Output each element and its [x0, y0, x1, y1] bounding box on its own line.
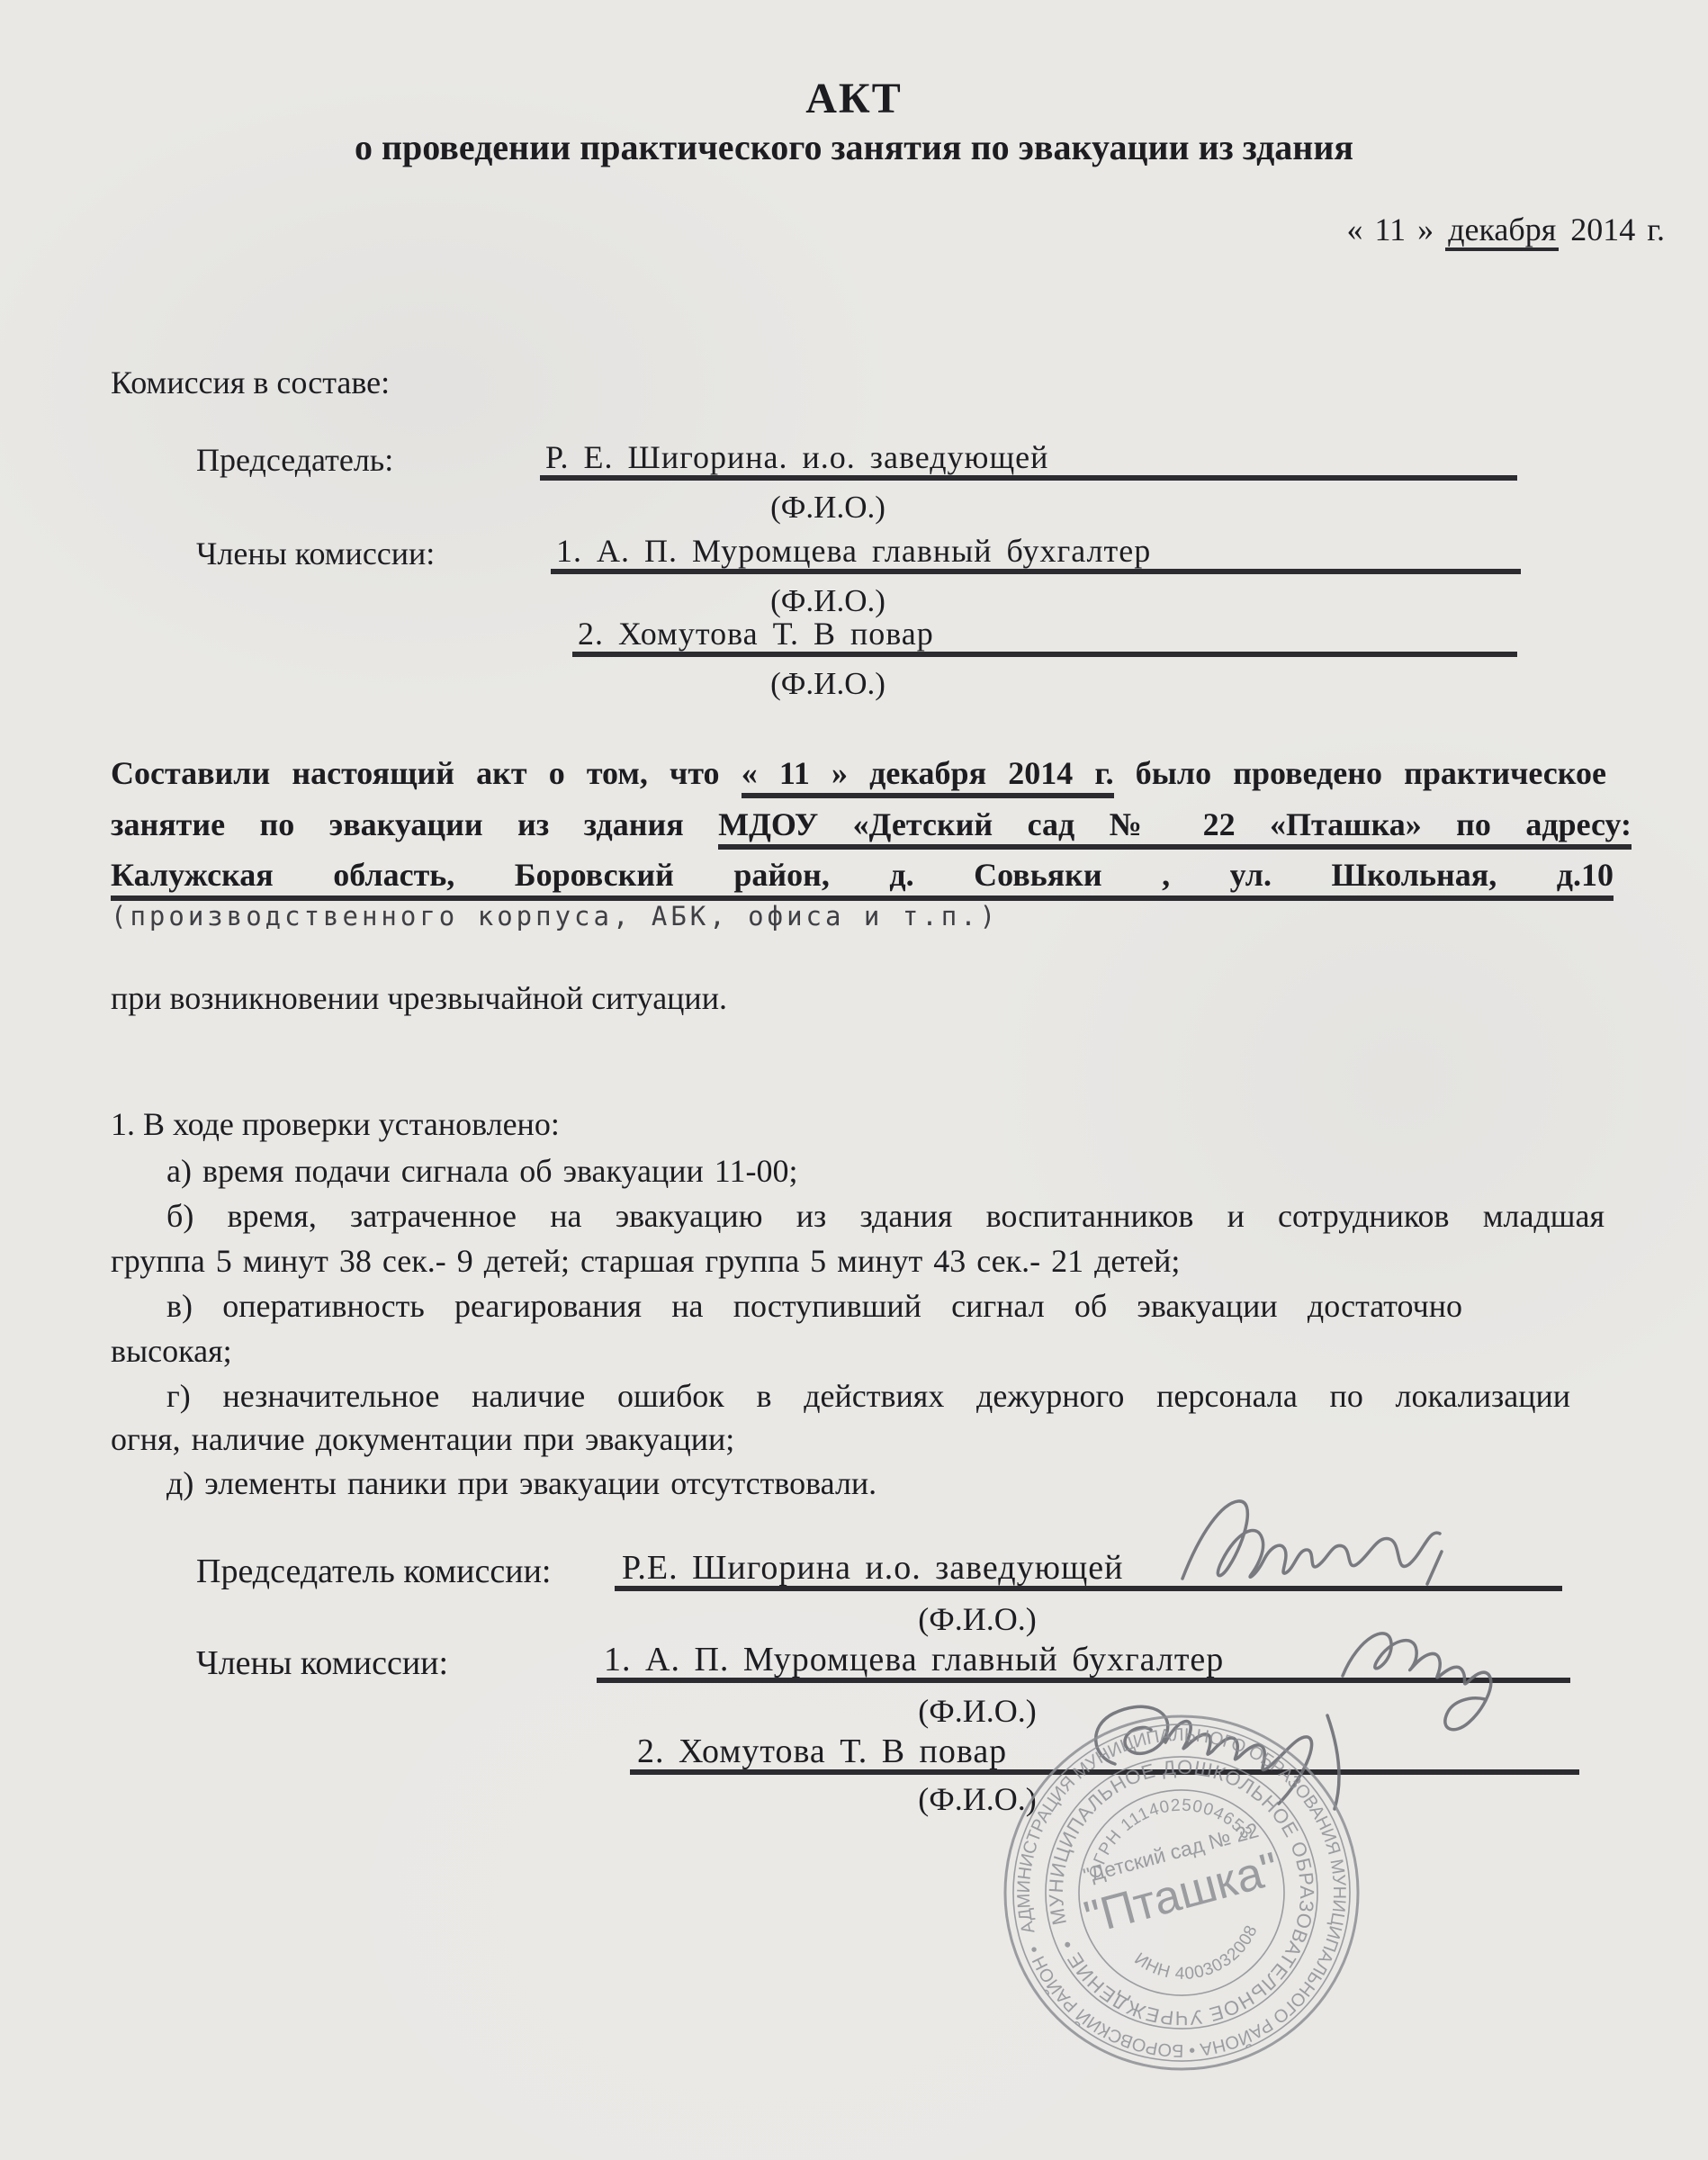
field-label: Председатель комиссии:	[196, 1552, 551, 1591]
document-date: « 11 » декабря 2014 г.	[1347, 211, 1665, 248]
field-label: Председатель:	[196, 441, 393, 479]
finding-line-b-cont: группа 5 минут 38 сек.- 9 детей; старшая…	[111, 1242, 1180, 1280]
field-underline: Р. Е. Шигорина. и.о. заведующей	[540, 439, 1517, 481]
fio-caption: (Ф.И.О.)	[693, 666, 963, 702]
body-line-1: Составили настоящий акт о том, что « 11 …	[111, 754, 1606, 792]
official-stamp: АДМИНИСТРАЦИЯ МУНИЦИПАЛЬНОГО ОБРАЗОВАНИЯ…	[993, 1704, 1371, 2082]
finding-line-a: а) время подачи сигнала об эвакуации 11-…	[166, 1152, 797, 1190]
body-line-3-address: Калужская область, Боровский район, д. С…	[111, 856, 1614, 901]
body-org-underlined: МДОУ «Детский сад № 22 «Пташка» по адрес…	[718, 806, 1632, 850]
field-underline: Р.Е. Шигорина и.о. заведующей	[615, 1550, 1562, 1591]
finding-line-v: в) оперативность реагирования на поступи…	[166, 1287, 1462, 1325]
field-value: 2. Хомутова Т. В повар	[630, 1732, 1007, 1770]
field-underline: 1. А. П. Муромцева главный бухгалтер	[597, 1642, 1570, 1683]
date-day: « 11 »	[1347, 211, 1434, 247]
body-text: Составили настоящий акт о том, что	[111, 755, 720, 791]
field-value: 1. А. П. Муромцева главный бухгалтер	[597, 1641, 1224, 1678]
body-note-parenthetical: (производственного корпуса, АБК, офиса и…	[111, 901, 999, 931]
fio-caption: (Ф.И.О.)	[693, 490, 963, 526]
commission-intro: Комиссия в составе:	[111, 364, 390, 401]
field-label: Члены комиссии:	[196, 1643, 448, 1683]
field-underline: 1. А. П. Муромцева главный бухгалтер	[551, 533, 1521, 574]
finding-line-g-cont: огня, наличие документации при эвакуации…	[111, 1420, 734, 1458]
fio-caption: (Ф.И.О.)	[842, 1600, 1112, 1638]
body-line-2: занятие по эвакуации из здания МДОУ «Дет…	[111, 805, 1632, 843]
date-year: 2014 г.	[1570, 211, 1665, 247]
field-value: Р.Е. Шигорина и.о. заведующей	[615, 1549, 1123, 1587]
finding-line-b: б) время, затраченное на эвакуацию из зд…	[166, 1197, 1605, 1235]
fio-caption: (Ф.И.О.)	[693, 583, 963, 619]
finding-line-g: г) незначительное наличие ошибок в дейст…	[166, 1377, 1570, 1415]
body-tail-line: при возникновении чрезвычайной ситуации.	[111, 979, 727, 1017]
finding-line-d: д) элементы паники при эвакуации отсутст…	[166, 1464, 876, 1502]
body-date-underlined: « 11 » декабря 2014 г.	[742, 755, 1114, 798]
body-text: занятие по эвакуации из здания	[111, 806, 684, 842]
document-subtitle: о проведении практического занятия по эв…	[0, 126, 1708, 168]
field-value: Р. Е. Шигорина. и.о. заведующей	[540, 439, 1048, 475]
finding-line-v-cont: высокая;	[111, 1332, 232, 1370]
field-value: 1. А. П. Муромцева главный бухгалтер	[551, 533, 1151, 569]
field-label: Члены комиссии:	[196, 535, 435, 572]
body-text: было проведено практическое	[1136, 755, 1606, 791]
field-value: 2. Хомутова Т. В повар	[572, 616, 934, 652]
date-month: декабря	[1445, 211, 1559, 251]
field-underline: 2. Хомутова Т. В повар	[572, 616, 1517, 657]
findings-heading: 1. В ходе проверки установлено:	[111, 1105, 560, 1143]
document-title: АКТ	[0, 74, 1708, 123]
scanned-act-document: АКТ о проведении практического занятия п…	[0, 0, 1708, 2160]
